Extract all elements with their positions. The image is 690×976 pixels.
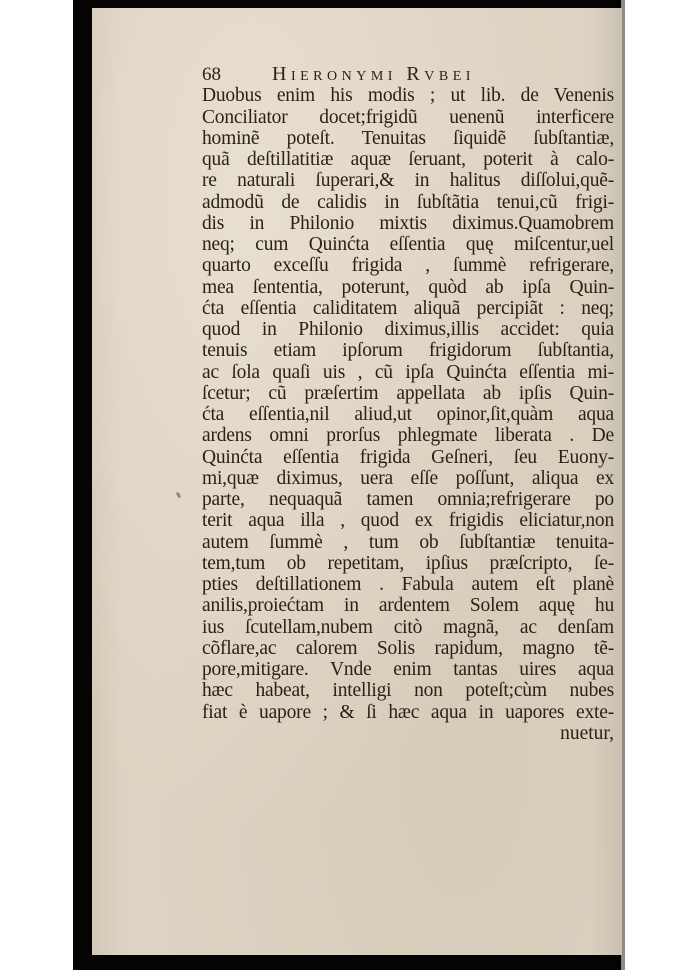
text-line: ćta eſſentia,nil aliud,ut opinor,ſit,quà… [202, 404, 614, 425]
text-line: fiat è uapore ; & ſi hæc aqua in uapores… [202, 702, 614, 723]
running-head: 68 Hieronymi Rvbei [202, 64, 614, 85]
text-line: parte, nequaquã tamen omnia;refrigerare … [202, 489, 614, 510]
text-line: Conciliator docet;frigidũ uenenũ interfi… [202, 107, 614, 128]
text-line: ac ſola quaſi uis , cũ ipſa Quinćta eſſe… [202, 362, 614, 383]
text-line: Quinćta eſſentia frigida Geſneri, ſeu Eu… [202, 447, 614, 468]
text-line: hominẽ poteſt. Tenuitas ſiquidẽ ſubſtant… [202, 128, 614, 149]
text-line: ſcetur; cũ præſertim appellata ab ipſis … [202, 383, 614, 404]
text-line: quarto exceſſu frigida , ſummè refrigera… [202, 255, 614, 276]
text-line: neq; cum Quinćta eſſentia quę miſcentur,… [202, 234, 614, 255]
text-line: terit aqua illa , quod ex frigidis elici… [202, 510, 614, 531]
page-number: 68 [202, 64, 272, 85]
body-text: Duobus enim his modis ; ut lib. de Venen… [202, 85, 614, 723]
text-line: tenuis etiam ipſorum frigidorum ſubſtant… [202, 340, 614, 361]
text-line: admodũ de calidis in ſubſtãtia tenui,cũ … [202, 192, 614, 213]
text-line: hæc habeat, intelligi non poteſt;cùm nub… [202, 680, 614, 701]
text-line: autem ſummè , tum ob ſubſtantiæ tenuita- [202, 532, 614, 553]
text-line: mi,quæ diximus, uera eſſe poſſunt, aliqu… [202, 468, 614, 489]
text-line: tem,tum ob repetitam, ipſius præſcripto,… [202, 553, 614, 574]
text-line: ardens omni prorſus phlegmate liberata .… [202, 425, 614, 446]
text-line: ius ſcutellam,nubem citò magnã, ac denſa… [202, 617, 614, 638]
text-line: cõflare,ac calorem Solis rapidum, magno … [202, 638, 614, 659]
text-line: re naturali ſuperari,& in halitus diſſol… [202, 170, 614, 191]
text-line: Duobus enim his modis ; ut lib. de Venen… [202, 85, 614, 106]
text-line: pore,mitigare. Vnde enim tantas uires aq… [202, 659, 614, 680]
text-line: pties deſtillationem . Fabula autem eſt … [202, 574, 614, 595]
text-line: ćta eſſentia caliditatem aliquã percipiã… [202, 298, 614, 319]
text-line: mea ſententia, poterunt, quòd ab ipſa Qu… [202, 277, 614, 298]
catchword: nuetur, [202, 723, 614, 744]
text-line: quod in Philonio diximus,illis accidet: … [202, 319, 614, 340]
text-line: dis in Philonio mixtis diximus.Quamobrem [202, 213, 614, 234]
page-text-block: 68 Hieronymi Rvbei Duobus enim his modis… [202, 64, 614, 744]
running-title: Hieronymi Rvbei [272, 64, 475, 85]
text-line: anilis,proiećtam in ardentem Solem aquę … [202, 595, 614, 616]
text-line: quã deſtillatitiæ aquæ ſeruant, poterit … [202, 149, 614, 170]
